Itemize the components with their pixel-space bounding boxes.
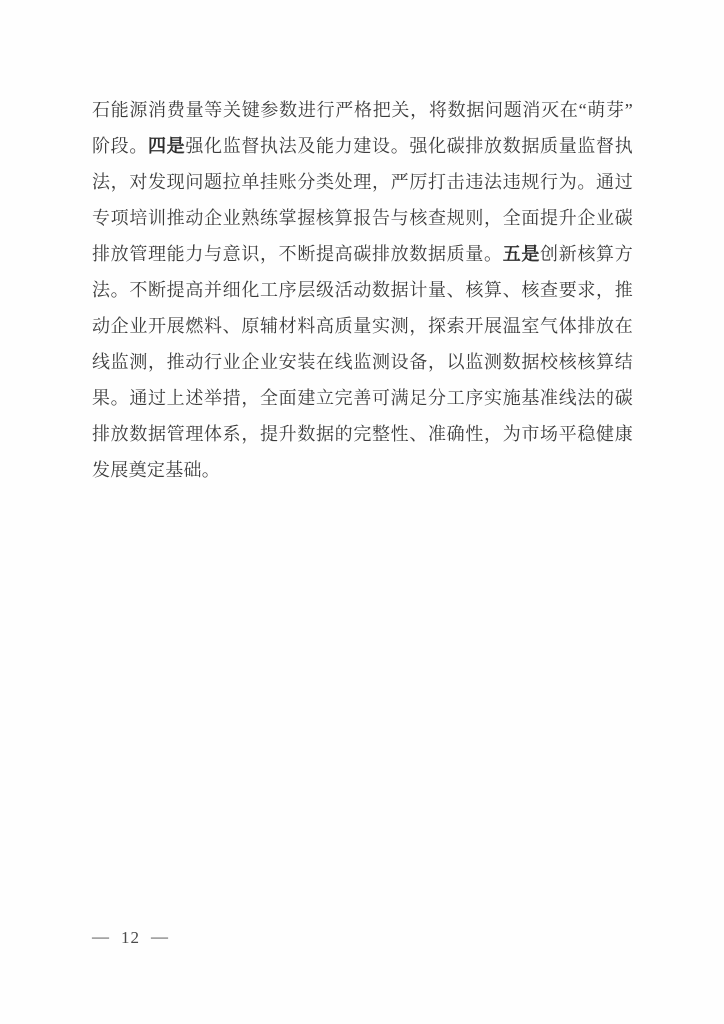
text-run: 排放管理能力与意识，不断提高碳排放数据质量。 xyxy=(92,244,503,264)
bold-phrase: 五是 xyxy=(503,244,540,264)
text-line: 法。不断提高并细化工序层级活动数据计量、核算、核查要求，推 xyxy=(92,272,633,308)
bold-phrase: 四是 xyxy=(148,136,185,156)
document-page: 石能源消费量等关键参数进行严格把关，将数据问题消灭在“萌芽” 阶段。四是强化监督… xyxy=(0,0,724,1024)
text-line: 排放管理能力与意识，不断提高碳排放数据质量。五是创新核算方 xyxy=(92,236,633,272)
text-line: 动企业开展燃料、原辅材料高质量实测，探索开展温室气体排放在 xyxy=(92,308,633,344)
text-run: 强化监督执法及能力建设。强化碳排放数据质量监督执 xyxy=(185,136,633,156)
text-run: 石能源消费量等关键参数进行严格把关，将数据问题消灭在“萌芽” xyxy=(92,100,633,120)
page-number: 12 xyxy=(121,928,140,948)
text-line: 阶段。四是强化监督执法及能力建设。强化碳排放数据质量监督执 xyxy=(92,128,633,164)
text-run: 创新核算方 xyxy=(540,244,633,264)
footer-dash-right: — xyxy=(151,927,169,947)
text-line: 法，对发现问题拉单挂账分类处理，严厉打击违法违规行为。通过 xyxy=(92,164,633,200)
text-line: 石能源消费量等关键参数进行严格把关，将数据问题消灭在“萌芽” xyxy=(92,92,633,128)
text-line: 线监测，推动行业企业安装在线监测设备，以监测数据校核核算结 xyxy=(92,344,633,380)
text-run: 法。不断提高并细化工序层级活动数据计量、核算、核查要求，推 xyxy=(92,280,633,300)
text-run: 法，对发现问题拉单挂账分类处理，严厉打击违法违规行为。通过 xyxy=(92,172,633,192)
text-line: 发展奠定基础。 xyxy=(92,452,633,488)
text-run: 线监测，推动行业企业安装在线监测设备，以监测数据校核核算结 xyxy=(92,352,633,372)
text-run: 排放数据管理体系，提升数据的完整性、准确性，为市场平稳健康 xyxy=(92,424,633,444)
footer-dash-left: — xyxy=(92,927,110,947)
text-line: 果。通过上述举措，全面建立完善可满足分工序实施基准线法的碳 xyxy=(92,380,633,416)
text-run: 发展奠定基础。 xyxy=(92,460,220,480)
text-line: 专项培训推动企业熟练掌握核算报告与核查规则，全面提升企业碳 xyxy=(92,200,633,236)
paragraph-body: 石能源消费量等关键参数进行严格把关，将数据问题消灭在“萌芽” 阶段。四是强化监督… xyxy=(92,92,633,488)
text-run: 动企业开展燃料、原辅材料高质量实测，探索开展温室气体排放在 xyxy=(92,316,633,336)
text-run: 阶段。 xyxy=(92,136,148,156)
page-footer: — 12 — xyxy=(92,928,169,948)
text-run: 果。通过上述举措，全面建立完善可满足分工序实施基准线法的碳 xyxy=(92,388,633,408)
text-run: 专项培训推动企业熟练掌握核算报告与核查规则，全面提升企业碳 xyxy=(92,208,633,228)
text-line: 排放数据管理体系，提升数据的完整性、准确性，为市场平稳健康 xyxy=(92,416,633,452)
